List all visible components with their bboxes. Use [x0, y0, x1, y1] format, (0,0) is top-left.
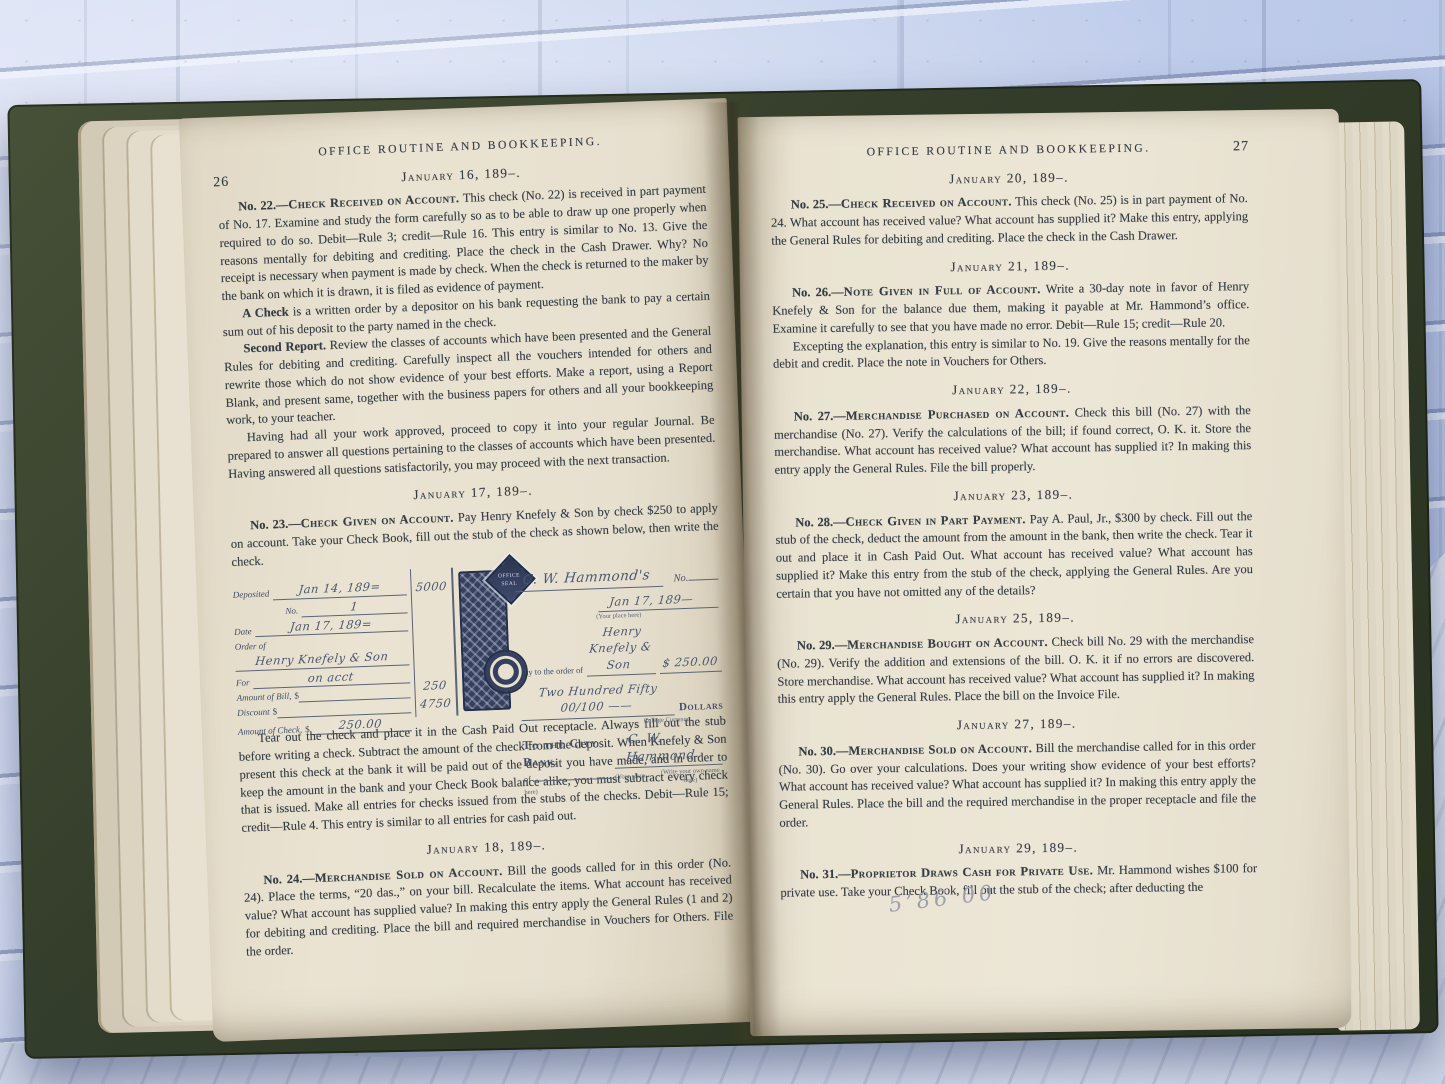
date-heading-jan29: January 29, 189–. — [780, 836, 1257, 861]
check-body: OFFICE SEAL C. W. Hammond's No. Jan 17, … — [458, 558, 725, 716]
entry-number: No. 24.— — [263, 871, 315, 887]
running-header-row: OFFICE ROUTINE AND BOOKKEEPING. 27 — [770, 138, 1247, 162]
paid-amount: 250 — [423, 677, 448, 694]
entry-title: Check Received on Account. — [288, 192, 459, 212]
check-amount-column: 5000 250 4750 — [410, 568, 459, 718]
entry-number: No. 22.— — [238, 198, 289, 214]
paragraph-no31: No. 31.—Proprietor Draws Cash for Privat… — [780, 860, 1257, 902]
paragraph-no24: No. 24.—Merchandise Sold on Account. Bil… — [243, 854, 734, 961]
check-drawer-name: C. W. Hammond's — [515, 566, 665, 593]
stub-order-of-label: Order of — [234, 639, 268, 653]
check-number: No. — [673, 570, 718, 587]
date-heading-jan22: January 22, 189–. — [773, 377, 1250, 402]
paragraph-no30: No. 30.—Merchandise Sold on Account. Bil… — [778, 737, 1256, 832]
check-signature: C. W. Hammond — [615, 726, 727, 768]
paragraph-no26: No. 26.—Note Given in Full of Account. W… — [772, 279, 1250, 339]
bank-name: To the City Bank. — [522, 734, 617, 772]
bank-of-line: of (Your place here) — [524, 768, 656, 797]
check-amount-figures: $ 250.00 — [662, 652, 719, 670]
entry-title: Check Given on Account. — [300, 511, 454, 531]
running-header: OFFICE ROUTINE AND BOOKKEEPING. — [318, 134, 602, 161]
stub-no-value: 1 — [349, 598, 359, 615]
check-stub: DepositedJan 14, 189= No.1 DateJan 17, 1… — [232, 570, 411, 724]
paragraph-no28: No. 28.—Check Given in Part Payment. Pay… — [775, 508, 1253, 603]
page-number: 27 — [1233, 137, 1249, 157]
date-heading-jan25: January 25, 189–. — [777, 607, 1254, 632]
stub-discount-label: Discount — [237, 706, 273, 720]
dollars-label: Dollars — [679, 698, 724, 715]
date-heading-jan27: January 27, 189–. — [778, 712, 1255, 737]
paragraph-no22: No. 22.—Check Received on Account. This … — [218, 181, 710, 306]
term-lead: A Check — [242, 305, 289, 321]
signature-note: (Write your own name here) — [655, 766, 727, 793]
deposit-amount: 5000 — [415, 578, 448, 596]
date-heading-jan21: January 21, 189–. — [772, 254, 1249, 279]
paragraph-no29: No. 29.—Merchandise Bought on Account. C… — [777, 631, 1255, 709]
stub-amount-bill-label: Amount of Bill, — [236, 690, 294, 705]
stub-for-value: on acct — [307, 668, 355, 686]
page-number: 26 — [213, 173, 230, 193]
stub-date-value: Jan 17, 189= — [289, 616, 373, 635]
paragraph-no27: No. 27.—Merchandise Purchased on Account… — [774, 402, 1252, 480]
right-page: OFFICE ROUTINE AND BOOKKEEPING. 27 Janua… — [738, 109, 1352, 1036]
balance-fraction: 250 4750 — [415, 676, 456, 713]
check-payee: Henry Knefely & Son — [584, 622, 658, 674]
stub-deposited-label: Deposited — [233, 587, 273, 601]
stub-amount-check-value: 250.00 — [338, 715, 383, 733]
balance-amount: 4750 — [419, 694, 452, 712]
check-illustration: DepositedJan 14, 189= No.1 DateJan 17, 1… — [232, 558, 725, 724]
stub-date-label: Date — [234, 625, 255, 639]
entry-number: No. 23.— — [250, 517, 301, 533]
stub-no-label: No. — [285, 605, 301, 618]
running-header: OFFICE ROUTINE AND BOOKKEEPING. — [867, 140, 1151, 160]
entry-body: Pay Henry Knefely & Son by check $250 to… — [231, 501, 719, 569]
report-lead: Second Report. — [243, 339, 326, 356]
left-page: OFFICE ROUTINE AND BOOKKEEPING. 26 Janua… — [179, 98, 761, 1042]
paragraph-no26-extra: Excepting the explanation, this entry is… — [773, 332, 1250, 374]
stub-deposited-value: Jan 14, 189= — [298, 579, 382, 598]
date-heading-jan23: January 23, 189–. — [775, 483, 1252, 508]
book-photo: { "scene": { "colors": { "wall": "#c9d4e… — [0, 0, 1445, 1084]
pay-to-order-label: Pay to the order of — [520, 664, 584, 679]
paragraph-no25: No. 25.—Check Received on Account. This … — [771, 191, 1249, 251]
check-amount-words: Two Hundred Fifty 00/100 —— — [519, 680, 675, 719]
stub-for-label: For — [236, 677, 253, 690]
date-heading-jan20: January 20, 189–. — [770, 166, 1247, 191]
